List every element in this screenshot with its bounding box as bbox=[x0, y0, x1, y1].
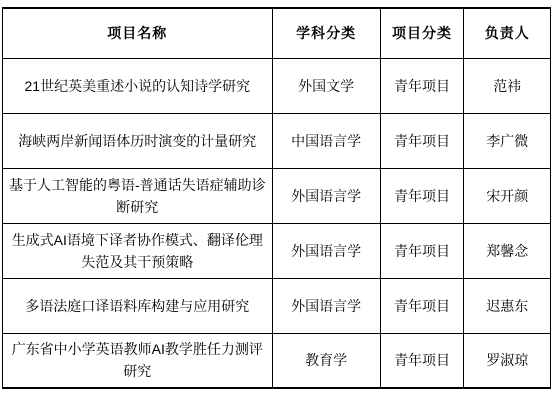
cell-project-category: 青年项目 bbox=[380, 278, 464, 333]
cell-leader: 郑馨念 bbox=[464, 223, 551, 278]
cell-leader: 宋开颜 bbox=[464, 168, 551, 223]
header-project-name: 项目名称 bbox=[3, 8, 273, 58]
cell-subject-category: 外国语言学 bbox=[272, 278, 380, 333]
cell-project-name: 海峡两岸新闻语体历时演变的计量研究 bbox=[3, 113, 273, 168]
cell-project-category: 青年项目 bbox=[380, 113, 464, 168]
header-subject-category: 学科分类 bbox=[272, 8, 380, 58]
cell-leader: 罗淑琼 bbox=[464, 333, 551, 388]
table-header-row: 项目名称 学科分类 项目分类 负责人 bbox=[3, 8, 551, 58]
cell-project-name: 生成式AI语境下译者协作模式、翻译伦理失范及其干预策略 bbox=[3, 223, 273, 278]
cell-project-category: 青年项目 bbox=[380, 223, 464, 278]
header-project-category: 项目分类 bbox=[380, 8, 464, 58]
cell-subject-category: 外国文学 bbox=[272, 58, 380, 113]
cell-project-name: 基于人工智能的粤语-普通话失语症辅助诊断研究 bbox=[3, 168, 273, 223]
cell-project-name: 21世纪英美重述小说的认知诗学研究 bbox=[3, 58, 273, 113]
cell-subject-category: 外国语言学 bbox=[272, 168, 380, 223]
header-leader: 负责人 bbox=[464, 8, 551, 58]
document-page: 项目名称 学科分类 项目分类 负责人 21世纪英美重述小说的认知诗学研究 外国文… bbox=[0, 0, 554, 412]
cell-leader: 迟惠东 bbox=[464, 278, 551, 333]
cell-subject-category: 中国语言学 bbox=[272, 113, 380, 168]
cell-project-category: 青年项目 bbox=[380, 58, 464, 113]
cell-subject-category: 教育学 bbox=[272, 333, 380, 388]
cell-project-name: 多语法庭口译语料库构建与应用研究 bbox=[3, 278, 273, 333]
cell-subject-category: 外国语言学 bbox=[272, 223, 380, 278]
table-row: 海峡两岸新闻语体历时演变的计量研究 中国语言学 青年项目 李广微 bbox=[3, 113, 551, 168]
table-row: 生成式AI语境下译者协作模式、翻译伦理失范及其干预策略 外国语言学 青年项目 郑… bbox=[3, 223, 551, 278]
table-row: 广东省中小学英语教师AI教学胜任力测评研究 教育学 青年项目 罗淑琼 bbox=[3, 333, 551, 388]
table-row: 基于人工智能的粤语-普通话失语症辅助诊断研究 外国语言学 青年项目 宋开颜 bbox=[3, 168, 551, 223]
cell-leader: 李广微 bbox=[464, 113, 551, 168]
cell-project-category: 青年项目 bbox=[380, 168, 464, 223]
cell-project-category: 青年项目 bbox=[380, 333, 464, 388]
table-row: 多语法庭口译语料库构建与应用研究 外国语言学 青年项目 迟惠东 bbox=[3, 278, 551, 333]
cell-leader: 范祎 bbox=[464, 58, 551, 113]
cell-project-name: 广东省中小学英语教师AI教学胜任力测评研究 bbox=[3, 333, 273, 388]
project-list-table: 项目名称 学科分类 项目分类 负责人 21世纪英美重述小说的认知诗学研究 外国文… bbox=[2, 7, 551, 389]
table-row: 21世纪英美重述小说的认知诗学研究 外国文学 青年项目 范祎 bbox=[3, 58, 551, 113]
